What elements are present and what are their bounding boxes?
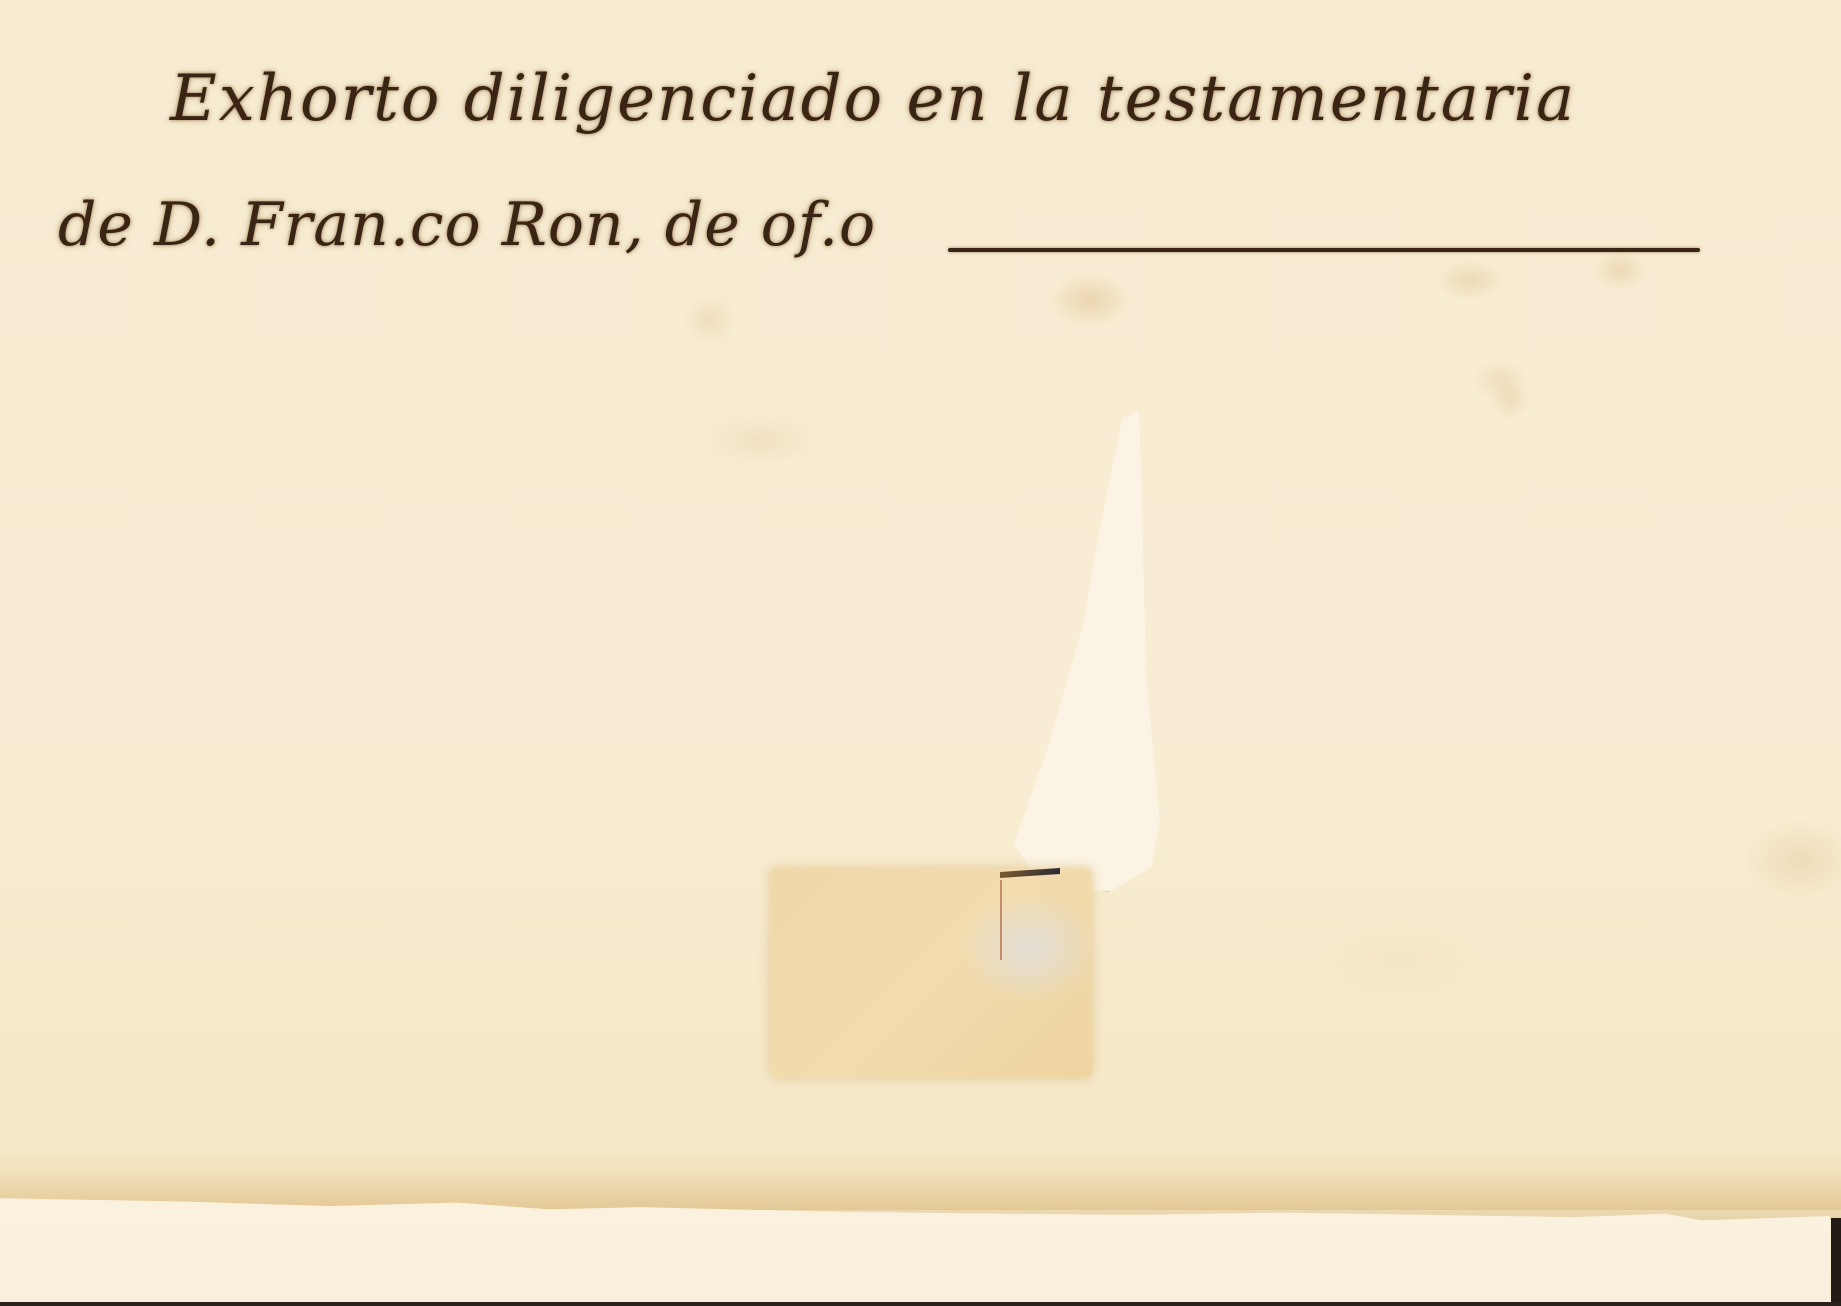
- background-bottom-edge: [0, 1302, 1841, 1306]
- ink-underline-rule: [948, 248, 1700, 252]
- stamp-remnant: [770, 868, 1092, 1078]
- background-edge: [1831, 1218, 1841, 1306]
- stamp-red-line: [1000, 880, 1002, 960]
- handwritten-line-1: Exhorto diligenciado en la testamentaria: [170, 62, 1576, 136]
- handwritten-line-2: de D. Fran.co Ron, de of.o: [58, 190, 876, 260]
